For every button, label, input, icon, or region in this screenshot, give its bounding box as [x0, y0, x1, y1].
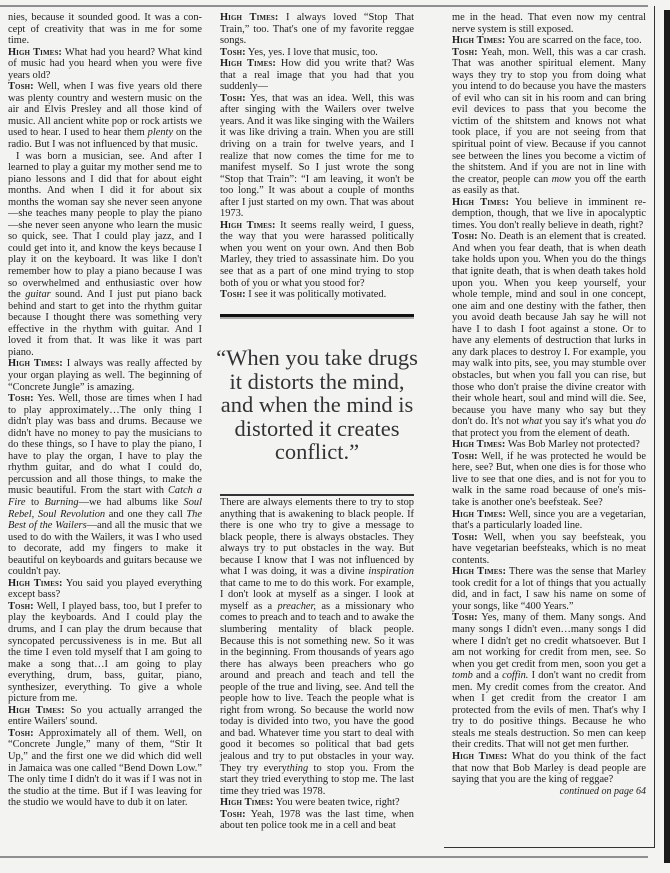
paragraph: High Times: So you actually arranged the…: [8, 705, 202, 728]
speaker-interviewer: High Times:: [452, 751, 507, 762]
column-1: nies, because it sounded good. It was a …: [8, 12, 202, 809]
speaker-interviewer: High Times:: [8, 578, 63, 589]
paragraph: Tosh: Well, when I was five years old th…: [8, 81, 202, 150]
speaker-interviewer: High Times:: [220, 220, 276, 231]
speaker-tosh: Tosh:: [220, 93, 246, 104]
text: No. Death is an element that is creat­ed…: [452, 231, 646, 427]
emphasis: do: [636, 416, 646, 427]
speaker-tosh: Tosh:: [8, 81, 34, 92]
emphasis: guitar: [25, 289, 50, 300]
column-3: me in the head. That even now my central…: [452, 12, 646, 797]
text: Was Bob Marley not protected?: [506, 439, 640, 450]
paragraph: Tosh: Yes, many of them. Many songs. And…: [452, 612, 646, 751]
text: I don't want no credit from men. My cred…: [452, 670, 646, 750]
paragraph: High Times: I always loved “Stop That Tr…: [220, 12, 414, 47]
speaker-tosh: Tosh:: [452, 451, 478, 462]
speaker-tosh: Tosh:: [220, 47, 246, 58]
speaker-tosh: Tosh:: [8, 393, 34, 404]
speaker-interviewer: High Times:: [452, 197, 509, 208]
text: and one they call: [105, 509, 186, 520]
text: Yeah, 1978 was the last time, when about…: [220, 809, 414, 832]
paragraph: Tosh: I see it was politically motivated…: [220, 289, 414, 301]
paragraph: Tosh: Yeah, 1978 was the last time, when…: [220, 809, 414, 832]
emphasis: thing: [287, 763, 308, 774]
text: Approximately all of them. Well, on “Con…: [8, 728, 202, 808]
paragraph: Tosh: Well, I played bass, too, but I pr…: [8, 601, 202, 705]
paragraph: High Times: What do you think of the fac…: [452, 751, 646, 786]
continued-on-page: continued on page 64: [452, 786, 646, 798]
text: me in the head. That even now my central…: [452, 12, 646, 35]
text: I was born a musician, see. And after I …: [8, 151, 202, 301]
pull-quote-bottom-rule: [220, 494, 414, 496]
paragraph: High Times: What had you heard? What kin…: [8, 47, 202, 82]
speaker-tosh: Tosh:: [220, 289, 246, 300]
speaker-tosh: Tosh:: [452, 532, 478, 543]
text: You are scarred on the face, too.: [506, 35, 642, 46]
paragraph: Tosh: Approximately all of them. Well, o…: [8, 728, 202, 809]
text: Yes, yes. I love that music, too.: [246, 47, 378, 58]
paragraph: High Times: Was Bob Marley not protected…: [452, 439, 646, 451]
text: to: [26, 497, 45, 508]
paragraph: High Times: How did you write that? Was …: [220, 58, 414, 93]
speaker-interviewer: High Times:: [452, 566, 506, 577]
speaker-interviewer: High Times:: [220, 12, 278, 23]
speaker-tosh: Tosh:: [8, 728, 34, 739]
text: There are always elements there to try t…: [220, 497, 414, 577]
text: Well, I played bass, too, but I prefer t…: [8, 601, 202, 704]
text: Yes, many of them. Many songs. And many …: [452, 612, 646, 669]
album-title: Burning: [45, 497, 79, 508]
paragraph: High Times: I always was really affected…: [8, 358, 202, 393]
text: that protect you from the element of dea…: [452, 428, 630, 439]
paragraph: High Times: There was the sense that Mar…: [452, 566, 646, 612]
speaker-interviewer: High Times:: [452, 439, 506, 450]
column-2-top: High Times: I always loved “Stop That Tr…: [220, 12, 414, 301]
paragraph: Tosh: Yes, yes. I love that music, too.: [220, 47, 414, 59]
column-2-bottom: There are always elements there to try t…: [220, 497, 414, 832]
speaker-tosh: Tosh:: [452, 612, 478, 623]
emphasis: what: [522, 416, 542, 427]
paragraph: High Times: You believe in imminent re­d…: [452, 197, 646, 232]
speaker-interviewer: High Times:: [8, 705, 65, 716]
paragraph: High Times: You were beaten twice, right…: [220, 797, 414, 809]
paragraph: Tosh: Yes. Well, those are times when I …: [8, 393, 202, 578]
speaker-interviewer: High Times:: [220, 58, 276, 69]
text: You were beaten twice, right?: [274, 797, 400, 808]
paragraph: Tosh: Well, if he was protected he would…: [452, 451, 646, 509]
paragraph: High Times: You said you played every­th…: [8, 578, 202, 601]
paragraph: I was born a musician, see. And after I …: [8, 151, 202, 359]
paragraph: There are always elements there to try t…: [220, 497, 414, 797]
adjacent-page-edge: [664, 10, 670, 863]
speaker-interviewer: High Times:: [8, 358, 63, 369]
paragraph: High Times: Well, since you are a vegeta…: [452, 509, 646, 532]
text: —we had albums like: [79, 497, 184, 508]
paragraph: Tosh: Well, when you say beefsteak, you …: [452, 532, 646, 567]
emphasis: plenty: [148, 127, 173, 138]
speaker-tosh: Tosh:: [452, 231, 478, 242]
speaker-interviewer: High Times:: [8, 47, 62, 58]
emphasis: preacher,: [277, 601, 316, 612]
speaker-tosh: Tosh:: [452, 47, 478, 58]
paragraph: nies, because it sounded good. It was a …: [8, 12, 202, 47]
pull-quote: “When you take drugs it distorts the min…: [212, 346, 422, 464]
text: Yes, that was an idea. Well, this was af…: [220, 93, 414, 219]
speaker-tosh: Tosh:: [8, 601, 34, 612]
pull-quote-top-rule: [220, 314, 414, 319]
paragraph: High Times: You are scarred on the face,…: [452, 35, 646, 47]
text: and a: [473, 670, 502, 681]
emphasis: coffin.: [502, 670, 528, 681]
emphasis: mow: [552, 174, 572, 185]
text: as a missionary who comes to preach and …: [220, 601, 414, 774]
paragraph: Tosh: No. Death is an element that is cr…: [452, 231, 646, 439]
text: I see it was politically motivated.: [246, 289, 387, 300]
speaker-tosh: Tosh:: [220, 809, 246, 820]
speaker-interviewer: High Times:: [220, 797, 274, 808]
paragraph: me in the head. That even now my central…: [452, 12, 646, 35]
text: Well, if he was protected he would be he…: [452, 451, 646, 508]
text: Yeah, mon. Well, this was a car crash. T…: [452, 47, 646, 185]
text: Well, when you say beefsteak, you have v…: [452, 532, 646, 566]
speaker-interviewer: High Times:: [452, 509, 506, 520]
speaker-interviewer: High Times:: [452, 35, 506, 46]
paragraph: Tosh: Yeah, mon. Well, this was a car cr…: [452, 47, 646, 197]
paragraph: High Times: It seems really weird, I gue…: [220, 220, 414, 289]
text: Yes. Well, those are times when I had to…: [8, 393, 202, 496]
bottom-rule: [0, 856, 648, 858]
emphasis: inspiration: [368, 566, 414, 577]
emphasis: tomb: [452, 670, 473, 681]
text: nies, because it sounded good. It was a …: [8, 12, 202, 46]
text: you say it's what you: [542, 416, 635, 427]
paragraph: Tosh: Yes, that was an idea. Well, this …: [220, 93, 414, 220]
